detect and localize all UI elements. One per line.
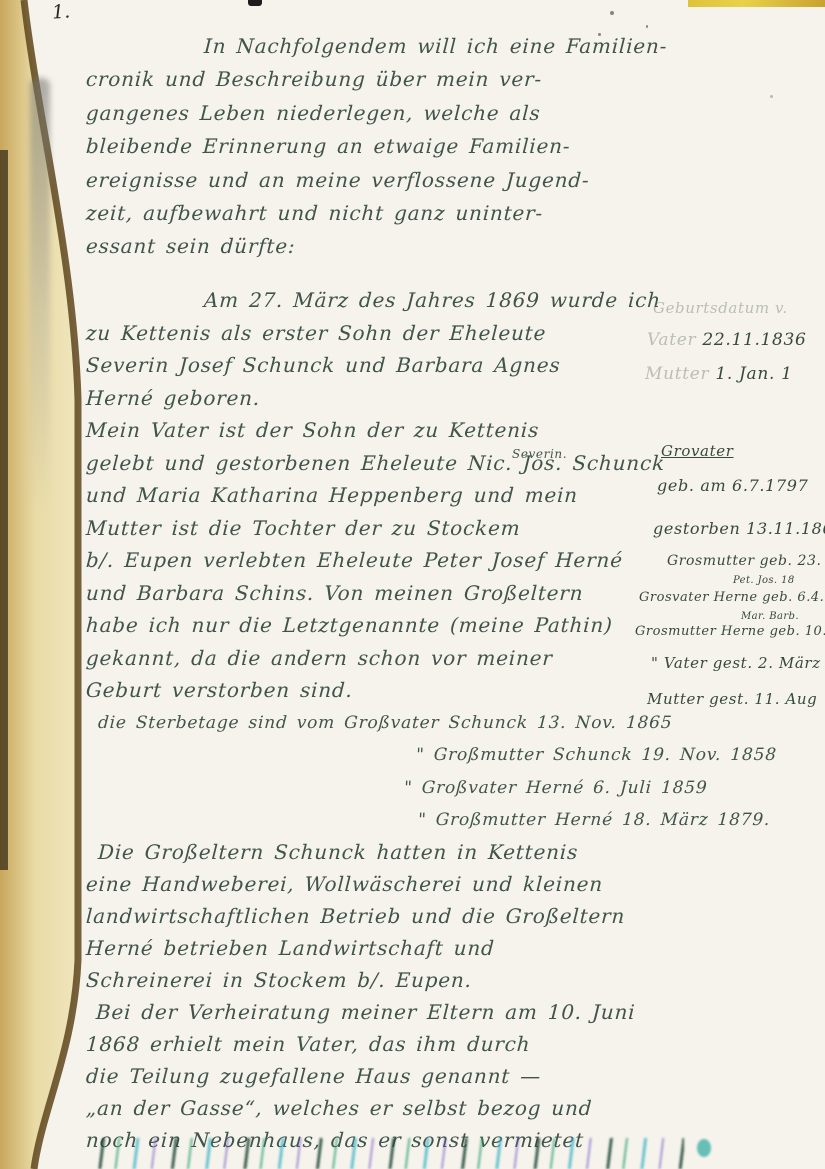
scan-smudge-artifact (30, 78, 50, 508)
margin-note-mother-death: Mutter gest. 11. Aug (647, 690, 817, 708)
margin-superscript-grandmother-herne: Mar. Barb. (741, 611, 799, 622)
margin-annotations: Geburtsdatum v. Vater 22.11.1836 Mutter … (645, 0, 825, 1169)
margin-note-grandfather-heading: Grovater (661, 442, 733, 460)
margin-note-grandfather-death: gestorben 13.11.186 (653, 519, 825, 538)
margin-label-father: Vater (647, 330, 696, 350)
margin-note-grandfather-birth: geb. am 6.7.1797 (657, 476, 808, 495)
margin-label-mother: Mutter (645, 364, 709, 384)
bottom-cutoff-line-artifact (84, 1138, 684, 1169)
top-edge-mark (248, 0, 262, 6)
bottom-cutoff-blot (697, 1139, 711, 1157)
margin-note-birthdates-heading: Geburtsdatum v. (653, 299, 788, 317)
margin-date-mother-birth: 1. Jan. 1 (715, 364, 792, 384)
margin-note-father-birth: Vater 22.11.1836 (647, 330, 807, 350)
margin-superscript-grandfather-herne: Pet. Jos. 18 (733, 575, 795, 586)
scanned-page: 1. In Nachfolgendem will ich eine Famili… (0, 0, 825, 1169)
margin-note-grandfather-herne: Grosvater Herne geb. 6.4.1 (639, 590, 825, 605)
page-number: 1. (51, 0, 71, 23)
interline-correction-note: Severin. (512, 447, 567, 461)
margin-note-father-death: " Vater gest. 2. März (651, 654, 821, 672)
margin-note-grandmother-birth: Grosmutter geb. 23. (667, 553, 821, 569)
ink-speck (610, 11, 614, 15)
margin-note-mother-birth: Mutter 1. Jan. 1 (645, 364, 793, 384)
margin-note-grandmother-herne: Grosmutter Herne geb. 10. 8 (635, 624, 825, 639)
margin-date-father-birth: 22.11.1836 (702, 330, 806, 350)
